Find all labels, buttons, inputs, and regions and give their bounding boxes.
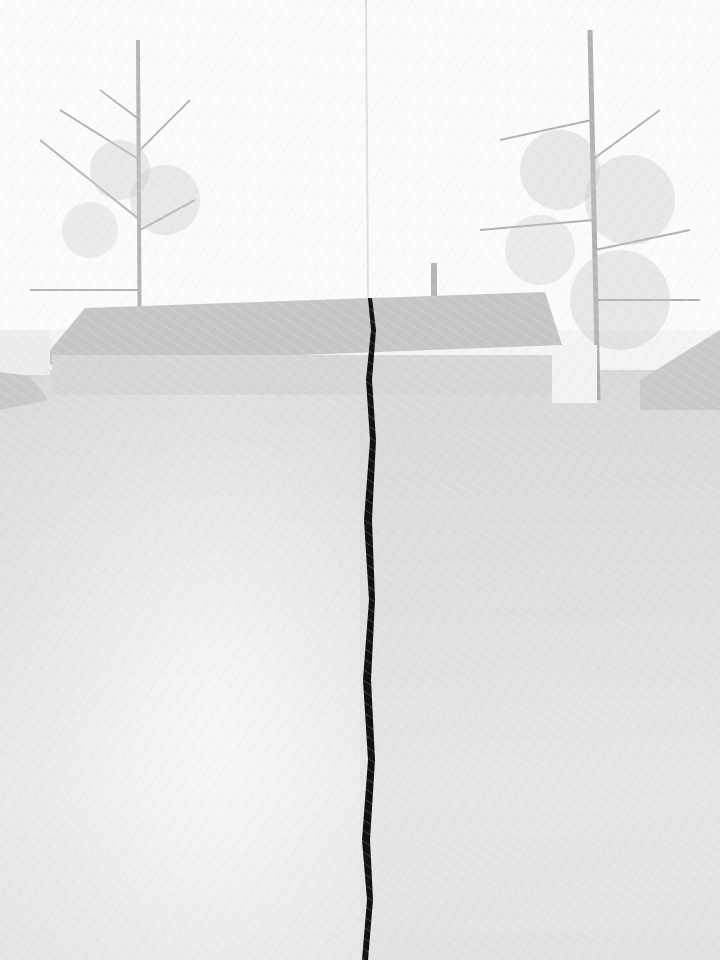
house-wall [52,355,552,395]
scene-drawing [0,0,720,960]
tear-fold-line [366,0,368,298]
small-building [0,330,50,375]
paper-tear [362,298,376,960]
house-roof [40,292,562,365]
left-mound [0,372,48,410]
right-building [552,345,597,403]
photo-scene [0,0,720,960]
right-roof [640,330,720,410]
